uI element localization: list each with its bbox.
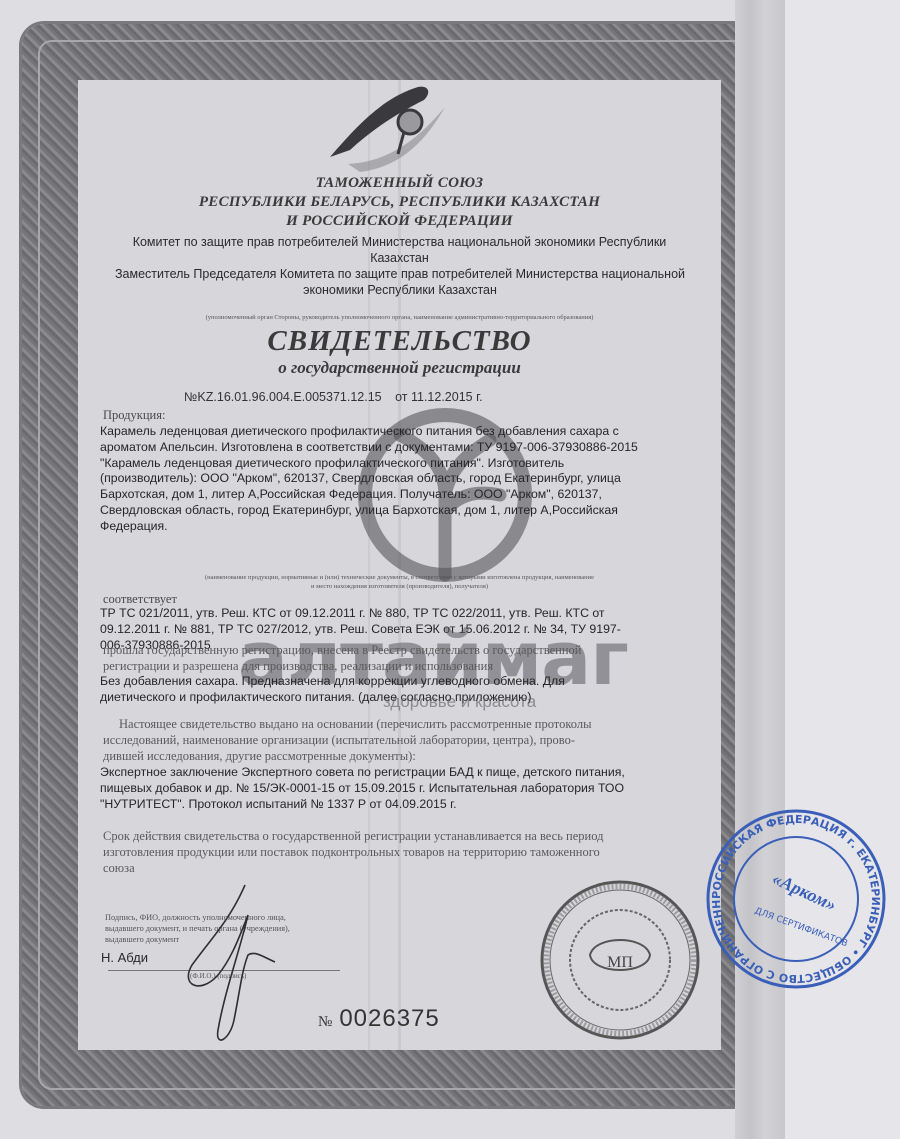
basis-intro-line: Настоящее свидетельство выдано на основа… [103,716,723,732]
issuing-committee: Комитет по защите прав потребителей Мини… [78,234,721,266]
registered-line-1: прошла государственную регистрацию, внес… [103,642,723,658]
kazakhstan-seal-icon: МП [535,875,705,1045]
union-line-3: И РОССИЙСКОЙ ФЕДЕРАЦИИ [78,212,721,231]
product-line: Карамель леденцовая диетического профила… [100,424,720,440]
serial-number-sign: № [318,1014,333,1030]
document-title: СВИДЕТЕЛЬСТВО [78,325,721,358]
basis-documents: Экспертное заключение Экспертного совета… [100,765,720,812]
validity-line: союза [103,860,723,876]
registered-line-2: регистрации и разрешена для производства… [103,658,723,674]
authority-caption: (уполномоченный орган Стороны, руководит… [78,313,721,322]
basis-intro-line: исследований, наименование организации (… [103,732,723,748]
number-sign: № [184,390,197,404]
product-label: Продукция: [103,408,723,424]
svg-text:«Арком»: «Арком» [769,868,839,915]
product-line: (производитель): ООО "Арком", 620137, Св… [100,471,720,487]
company-stamp-icon: РОССИЙСКАЯ ФЕДЕРАЦИЯ г. ЕКАТЕРИНБУРГ • О… [702,805,890,993]
validity-line: изготовления продукции или поставок подк… [103,844,723,860]
product-caption-line-1: (наименование продукции, нормативные и (… [78,573,721,582]
issuing-official: Заместитель Председателя Комитета по защ… [70,266,730,298]
customs-union-logo-icon [320,82,470,172]
product-line: ароматом Апельсин. Изготовлена в соответ… [100,440,720,456]
registration-statement: прошла государственную регистрацию, внес… [103,642,723,674]
product-caption-line-2: и место нахождения изготовителя (произво… [78,582,721,591]
svg-text:МП: МП [607,954,633,971]
validity-line: Срок действия свидетельства о государств… [103,828,723,844]
handwritten-signature-icon [170,880,300,1050]
signer-name: Н. Абди [101,950,148,965]
product-description: Карамель леденцовая диетического профила… [100,424,720,535]
committee-line-2: Казахстан [78,250,721,266]
document-serial-number: №0026375 [318,1005,440,1033]
committee-line-1: Комитет по защите прав потребителей Мини… [78,234,721,250]
certificate-page: ТАМОЖЕННЫЙ СОЮЗ РЕСПУБЛИКИ БЕЛАРУСЬ, РЕС… [0,0,900,1139]
union-line-2: РЕСПУБЛИКИ БЕЛАРУСЬ, РЕСПУБЛИКИ КАЗАХСТА… [78,193,721,212]
watermark-tagline: здоровье и красота [383,692,536,712]
serial-number-value: 0026375 [339,1005,439,1032]
usage-line-1: Без добавления сахара. Предназначена для… [100,674,720,690]
customs-union-heading: ТАМОЖЕННЫЙ СОЮЗ РЕСПУБЛИКИ БЕЛАРУСЬ, РЕС… [78,174,721,231]
product-line: Бархотская, дом 1, литер А,Российская Фе… [100,487,720,503]
basis-line: "НУТРИТЕСТ". Протокол испытаний № 1337 Р… [100,797,720,813]
product-line: "Карамель леденцовая диетического профил… [100,456,720,472]
deputy-line-2: экономики Республики Казахстан [70,282,730,298]
union-line-1: ТАМОЖЕННЫЙ СОЮЗ [78,174,721,193]
product-line: Свердловская область, город Екатеринбург… [100,503,720,519]
basis-line: Экспертное заключение Экспертного совета… [100,765,720,781]
basis-line: пищевых добавок и др. № 15/ЭК-0001-15 от… [100,781,720,797]
product-caption: (наименование продукции, нормативные и (… [78,573,721,591]
deputy-line-1: Заместитель Председателя Комитета по защ… [70,266,730,282]
document-subtitle: о государственной регистрации [78,358,721,378]
validity-statement: Срок действия свидетельства о государств… [103,828,723,876]
product-line: Федерация. [100,519,720,535]
basis-intro-line: дившей исследования, другие рассмотренны… [103,748,723,764]
svg-text:ДЛЯ СЕРТИФИКАТОВ: ДЛЯ СЕРТИФИКАТОВ [753,906,849,949]
basis-intro: Настоящее свидетельство выдано на основа… [103,716,723,764]
